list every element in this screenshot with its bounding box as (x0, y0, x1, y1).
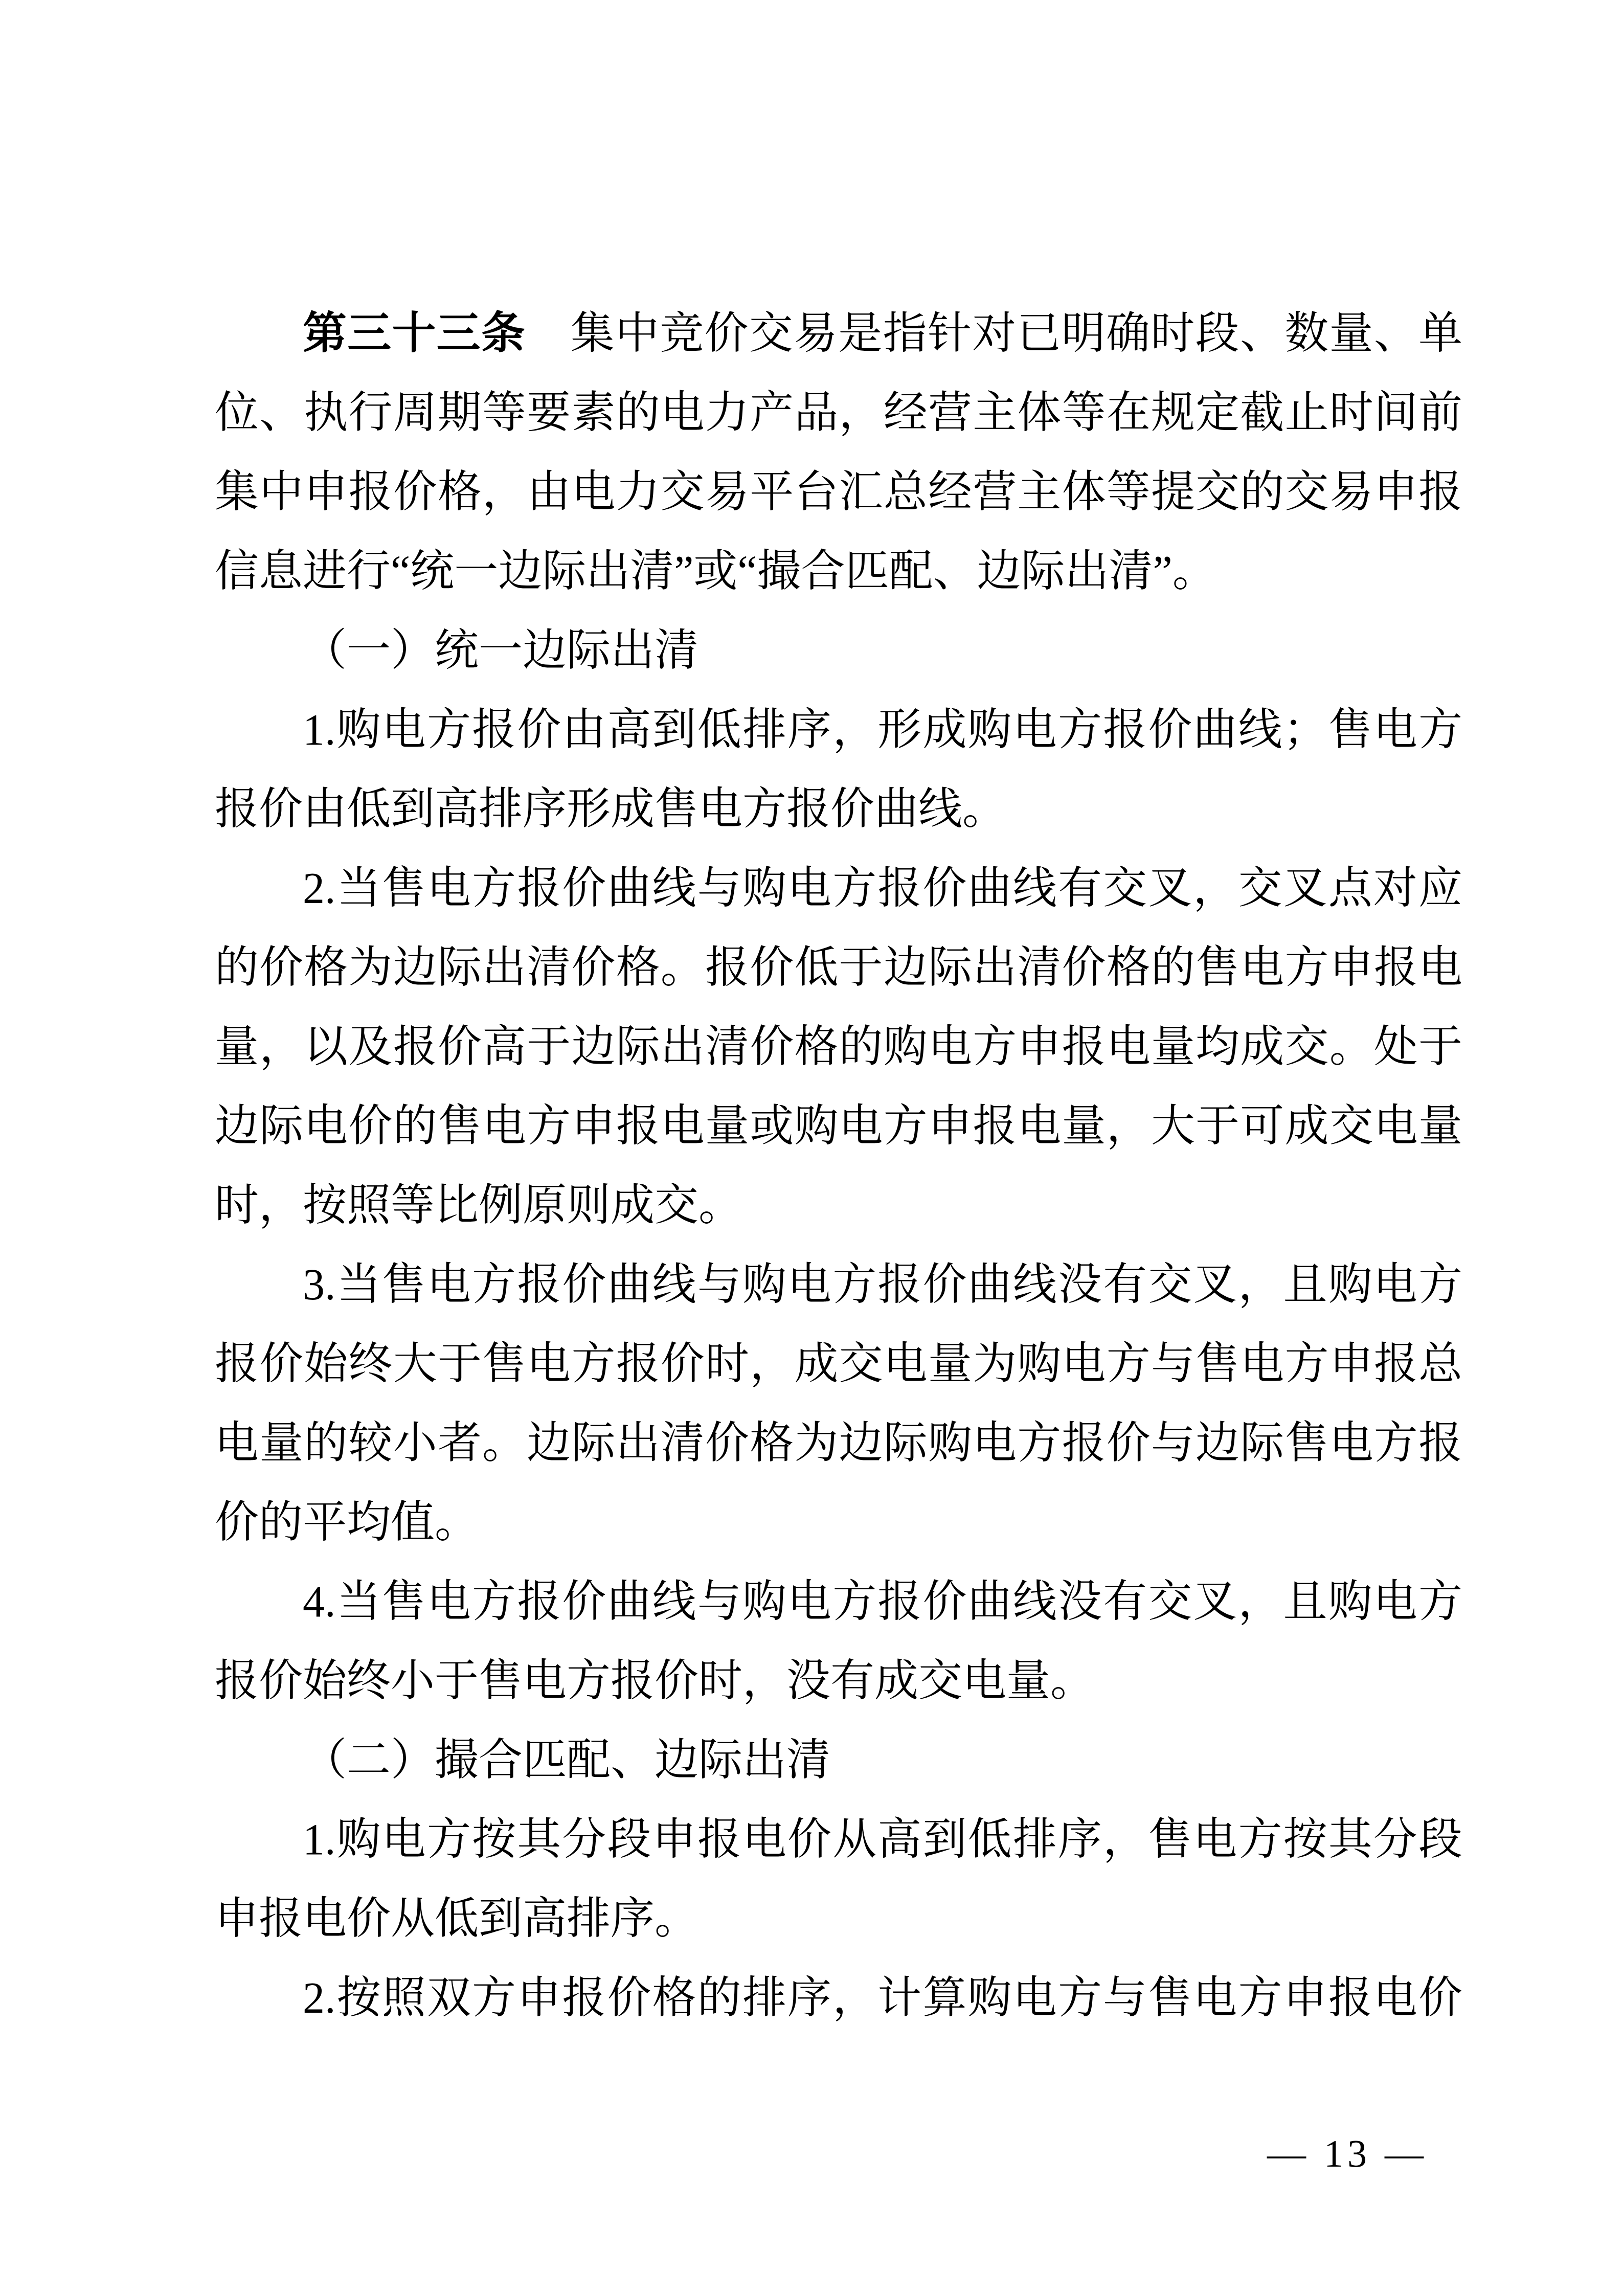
page-number: — 13 — (1267, 2132, 1428, 2175)
text-line: 2.当售电方报价曲线与购电方报价曲线有交叉，交叉点对应 (215, 849, 1462, 928)
text-line: 报价由低到高排序形成售电方报价曲线。 (215, 770, 1462, 849)
text-segment: 信息进行“统一边际出清”或“撮合匹配、边际出清”。 (215, 547, 1216, 596)
text-segment: 报价始终小于售电方报价时，没有成交电量。 (215, 1656, 1094, 1705)
text-segment: 边际电价的售电方申报电量或购电方申报电量，大于可成交电量 (215, 1101, 1462, 1151)
text-segment: 3.当售电方报价曲线与购电方报价曲线没有交叉，且购电方 (303, 1260, 1462, 1309)
text-segment: 报价由低到高排序形成售电方报价曲线。 (215, 784, 1006, 834)
text-segment: 集中竞价交易是指针对已明确时段、数量、单 (526, 309, 1462, 358)
text-segment: 电量的较小者。边际出清价格为边际购电方报价与边际售电方报 (215, 1419, 1462, 1468)
text-line: 4.当售电方报价曲线与购电方报价曲线没有交叉，且购电方 (215, 1562, 1462, 1641)
text-line: 2.按照双方申报价格的排序，计算购电方与售电方申报电价 (215, 1959, 1462, 2038)
text-line: 量，以及报价高于边际出清价格的购电方申报电量均成交。处于 (215, 1007, 1462, 1087)
text-segment: 报价始终大于售电方报价时，成交电量为购电方与售电方申报总 (215, 1339, 1462, 1388)
text-line: 1.购电方按其分段申报电价从高到低排序，售电方按其分段 (215, 1800, 1462, 1879)
text-line: （二）撮合匹配、边际出清 (215, 1721, 1462, 1800)
text-segment: 量，以及报价高于边际出清价格的购电方申报电量均成交。处于 (215, 1022, 1462, 1071)
text-segment: （一）统一边际出清 (303, 626, 698, 675)
text-line: 信息进行“统一边际出清”或“撮合匹配、边际出清”。 (215, 532, 1462, 611)
text-line: 集中申报价格，由电力交易平台汇总经营主体等提交的交易申报 (215, 453, 1462, 532)
text-line: 申报电价从低到高排序。 (215, 1879, 1462, 1959)
text-line: 位、执行周期等要素的电力产品，经营主体等在规定截止时间前 (215, 373, 1462, 453)
text-line: 的价格为边际出清价格。报价低于边际出清价格的售电方申报电 (215, 928, 1462, 1007)
document-body: 第三十三条 集中竞价交易是指针对已明确时段、数量、单位、执行周期等要素的电力产品… (215, 294, 1462, 2038)
text-line: （一）统一边际出清 (215, 611, 1462, 690)
text-segment: 2.当售电方报价曲线与购电方报价曲线有交叉，交叉点对应 (303, 864, 1462, 913)
text-segment: 时，按照等比例原则成交。 (215, 1181, 742, 1230)
text-segment: 的价格为边际出清价格。报价低于边际出清价格的售电方申报电 (215, 943, 1462, 992)
text-line: 1.购电方报价由高到低排序，形成购电方报价曲线；售电方 (215, 690, 1462, 770)
text-segment: 4.当售电方报价曲线与购电方报价曲线没有交叉，且购电方 (303, 1577, 1462, 1626)
text-line: 时，按照等比例原则成交。 (215, 1166, 1462, 1245)
text-line: 价的平均值。 (215, 1483, 1462, 1562)
text-line: 3.当售电方报价曲线与购电方报价曲线没有交叉，且购电方 (215, 1245, 1462, 1324)
text-segment: 价的平均值。 (215, 1498, 479, 1547)
text-segment: 2.按照双方申报价格的排序，计算购电方与售电方申报电价 (303, 1973, 1462, 2022)
text-line: 电量的较小者。边际出清价格为边际购电方报价与边际售电方报 (215, 1404, 1462, 1483)
text-segment: 位、执行周期等要素的电力产品，经营主体等在规定截止时间前 (215, 388, 1462, 437)
text-segment: 集中申报价格，由电力交易平台汇总经营主体等提交的交易申报 (215, 467, 1462, 516)
text-line: 报价始终小于售电方报价时，没有成交电量。 (215, 1641, 1462, 1721)
text-segment: 1.购电方报价由高到低排序，形成购电方报价曲线；售电方 (303, 705, 1462, 754)
text-segment: 申报电价从低到高排序。 (215, 1894, 698, 1943)
text-line: 报价始终大于售电方报价时，成交电量为购电方与售电方申报总 (215, 1324, 1462, 1404)
page-footer: — 13 — (1267, 2133, 1428, 2174)
text-line: 边际电价的售电方申报电量或购电方申报电量，大于可成交电量 (215, 1087, 1462, 1166)
text-segment: 1.购电方按其分段申报电价从高到低排序，售电方按其分段 (303, 1815, 1462, 1864)
article-number: 第三十三条 (303, 309, 526, 358)
document-page: 第三十三条 集中竞价交易是指针对已明确时段、数量、单位、执行周期等要素的电力产品… (0, 0, 1623, 2296)
text-segment: （二）撮合匹配、边际出清 (303, 1736, 830, 1785)
text-line: 第三十三条 集中竞价交易是指针对已明确时段、数量、单 (215, 294, 1462, 373)
